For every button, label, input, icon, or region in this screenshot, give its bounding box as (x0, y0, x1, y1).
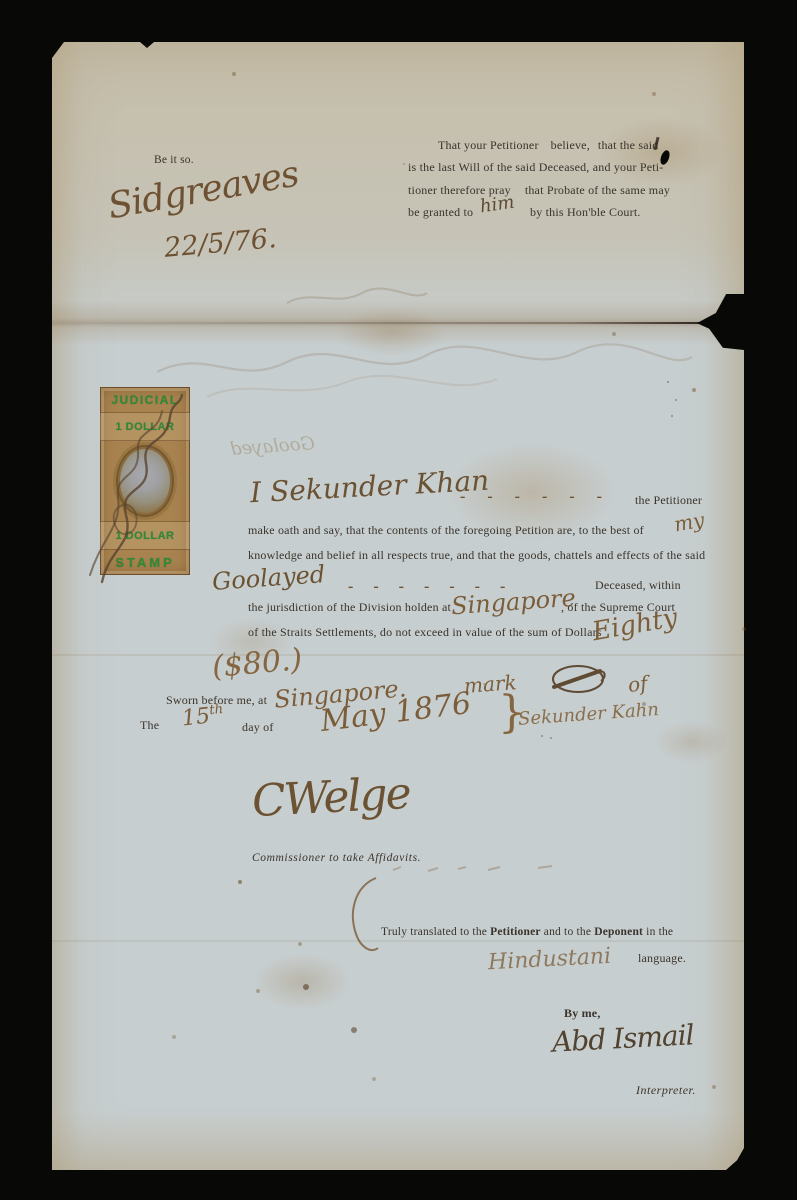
mark-name-handwritten: Sekunder Kahn (517, 699, 659, 730)
deceased-name-handwritten: Goolayed (211, 560, 326, 596)
petitioner-name-handwritten: I Sekunder Khan (249, 464, 490, 509)
stamp-cancellation-signature (82, 377, 212, 592)
mark-label-handwritten: mark (463, 670, 517, 698)
oath-line1: make oath and say, that the contents of … (248, 523, 644, 538)
photograph-background: { "doc": { "petition_clause": { "line1_p… (0, 0, 797, 1200)
petition-clause-line4-post: by this Hon'ble Court. (530, 205, 641, 220)
day-handwritten: 15th (181, 702, 225, 732)
clause-text: that Probate of the same may (525, 183, 670, 197)
translation-text: and to the (541, 926, 595, 938)
translation-petitioner: Petitioner (490, 926, 541, 938)
faint-crease (52, 654, 744, 656)
petition-clause-line1: That your Petitionerbelieve,that the sai… (438, 138, 659, 153)
language-label: language. (638, 951, 686, 966)
deceased-label: Deceased, within (595, 578, 681, 593)
amount-figures-handwritten: ($80.) (211, 642, 304, 685)
the-label: The (140, 718, 159, 733)
faint-crease (52, 940, 744, 942)
clause-text: That your Petitioner (438, 138, 539, 152)
translation-deponent: Deponent (594, 926, 643, 938)
interpreter-title: Interpreter. (636, 1083, 696, 1098)
corner-nick (726, 1148, 744, 1170)
foxing-specks (52, 42, 56, 46)
translation-line: Truly translated to the Petitioner and t… (381, 926, 673, 938)
petitioner-label: the Petitioner (635, 493, 702, 508)
translation-text: in the (643, 926, 673, 938)
edge-nick (140, 42, 154, 48)
paper-tear-notch (697, 294, 744, 350)
bleed-through-name: Goolayed (229, 433, 315, 460)
petition-clause-line4-pre: be granted to (408, 205, 473, 220)
interpreter-signature: Abd Ismail (551, 1018, 694, 1058)
day-of-label: day of (242, 720, 274, 735)
by-me-label: By me, (564, 1006, 601, 1021)
day-suffix: th (209, 702, 224, 718)
petition-clause-line3: tioner therefore praythat Probate of the… (408, 183, 670, 198)
petitioner-mark-icon (550, 662, 610, 702)
bleed-through-writing (282, 285, 432, 311)
handwritten-my: my (672, 508, 706, 537)
value-line: of the Straits Settlements, do not excee… (248, 625, 602, 640)
paper-hole (659, 149, 672, 166)
jurisdiction-line-pre: the jurisdiction of the Division holden … (248, 600, 451, 615)
petition-clause-line2: is the last Will of the said Deceased, a… (408, 160, 664, 175)
commissioner-signature: CWelge (251, 768, 411, 827)
judge-signature: Sidgreaves (105, 154, 302, 228)
handwritten-him: him (479, 192, 516, 218)
document-sheet: That your Petitionerbelieve,that the sai… (52, 42, 744, 1170)
faint-ink-marks (388, 862, 568, 876)
clause-text: that the said (598, 138, 659, 152)
be-it-so-label: Be it so. (154, 154, 194, 166)
translation-text: Truly translated to the (381, 926, 490, 938)
pen-flourish (346, 874, 386, 956)
filler-dashes: - - - - - - (460, 488, 604, 506)
day-number: 15 (181, 704, 211, 732)
language-handwritten: Hindustani (487, 944, 611, 975)
fold-crease-line (52, 322, 744, 324)
fiat-date: 22/5/76. (163, 223, 278, 264)
of-label-handwritten: of (627, 671, 649, 697)
bleed-through-writing (147, 327, 702, 412)
clause-text: believe, (551, 138, 590, 152)
